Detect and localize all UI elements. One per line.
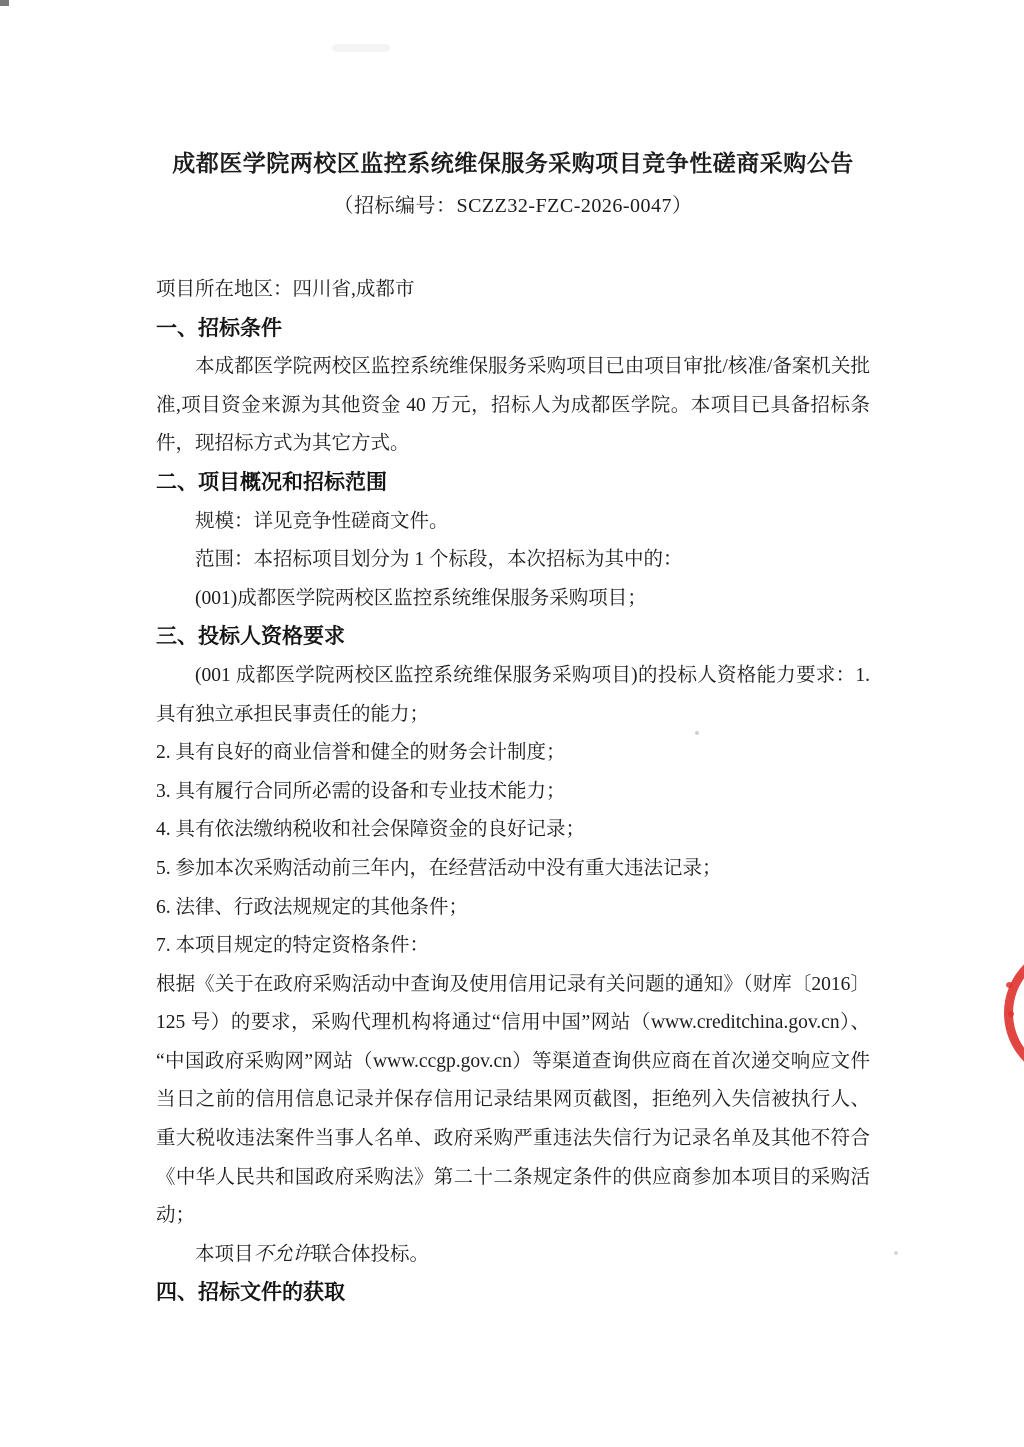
qualification-item: 7. 本项目规定的特定资格条件： <box>156 927 870 966</box>
seal-mark <box>1008 1011 1014 1017</box>
page-title: 成都医学院两校区监控系统维保服务采购项目竞争性磋商采购公告 <box>156 142 870 186</box>
qualification-item: 6. 法律、行政法规规定的其他条件； <box>156 889 870 928</box>
lot-line: (001)成都医学院两校区监控系统维保服务采购项目； <box>156 580 870 619</box>
consortium-emphasis: 不允许 <box>254 1244 313 1265</box>
section-3-heading: 三、投标人资格要求 <box>156 618 870 657</box>
qualification-intro: (001 成都医学院两校区监控系统维保服务采购项目)的投标人资格能力要求：1. … <box>156 657 870 734</box>
tender-number: （招标编号：SCZZ32-FZC-2026-0047） <box>156 186 870 226</box>
scale-line: 规模：详见竞争性磋商文件。 <box>156 503 870 542</box>
qualification-item: 3. 具有履行合同所必需的设备和专业技术能力； <box>156 773 870 812</box>
section-4-heading: 四、招标文件的获取 <box>156 1274 870 1313</box>
seal-mark <box>1006 982 1013 988</box>
section-2-heading: 二、项目概况和招标范围 <box>156 464 870 503</box>
qualification-item: 2. 具有良好的商业信誉和健全的财务会计制度； <box>156 734 870 773</box>
section-1-heading: 一、招标条件 <box>156 310 870 349</box>
section-1-paragraph: 本成都医学院两校区监控系统维保服务采购项目已由项目审批/核准/备案机关批准,项目… <box>156 348 870 464</box>
title-block: 成都医学院两校区监控系统维保服务采购项目竞争性磋商采购公告 （招标编号：SCZZ… <box>156 142 870 226</box>
credit-record-paragraph: 根据《关于在政府采购活动中查询及使用信用记录有关问题的通知》（财库〔2016〕1… <box>156 966 870 1236</box>
scan-artifact <box>695 731 699 735</box>
document-page: 成都医学院两校区监控系统维保服务采购项目竞争性磋商采购公告 （招标编号：SCZZ… <box>0 0 1024 1447</box>
scan-artifact <box>332 44 390 52</box>
consortium-prefix: 本项目 <box>195 1244 254 1265</box>
scope-line: 范围：本招标项目划分为 1 个标段，本次招标为其中的： <box>156 541 870 580</box>
scan-artifact <box>0 0 9 6</box>
consortium-suffix: 联合体投标。 <box>312 1244 429 1265</box>
consortium-line: 本项目不允许联合体投标。 <box>156 1236 870 1275</box>
seal-ring <box>1004 944 1024 1082</box>
project-location-line: 项目所在地区：四川省,成都市 <box>156 271 870 310</box>
qualification-item: 5. 参加本次采购活动前三年内，在经营活动中没有重大违法记录； <box>156 850 870 889</box>
scan-artifact <box>894 1251 898 1255</box>
qualification-item: 4. 具有依法缴纳税收和社会保障资金的良好记录； <box>156 811 870 850</box>
document-body: 项目所在地区：四川省,成都市 一、招标条件 本成都医学院两校区监控系统维保服务采… <box>156 271 870 1313</box>
